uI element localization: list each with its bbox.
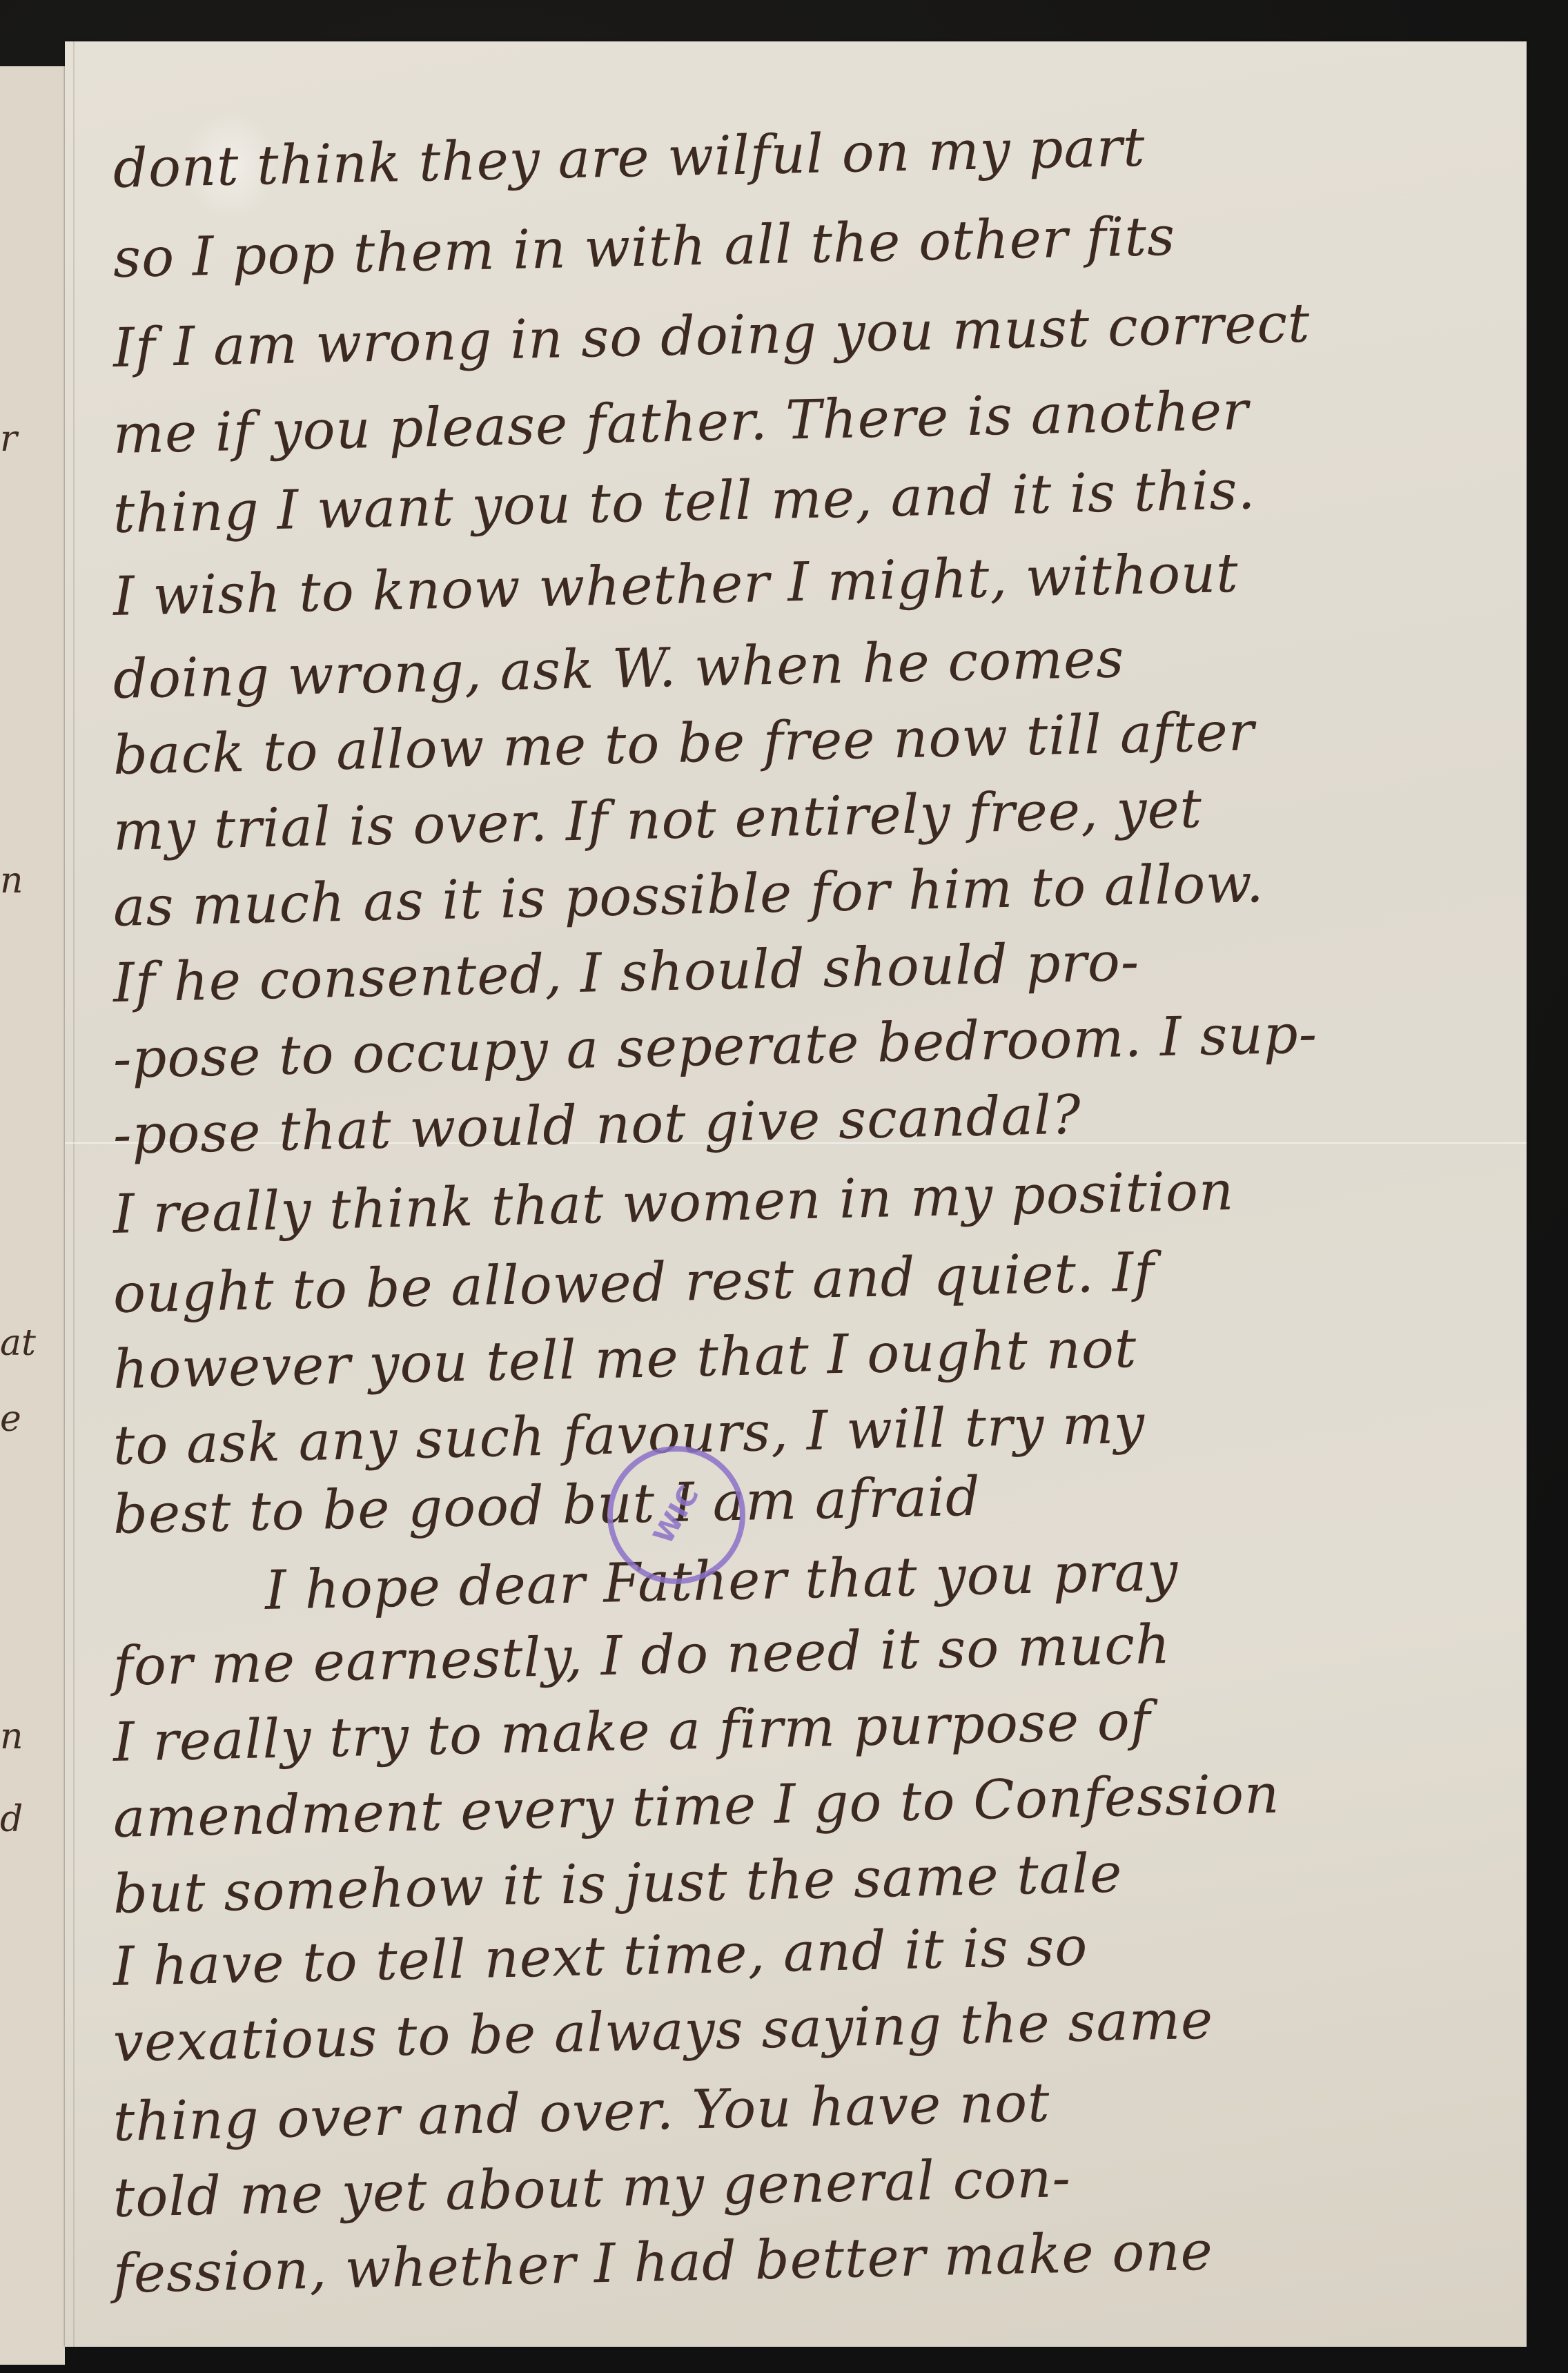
text-line: amendment every time I go to Confession	[112, 1764, 1280, 1850]
text-line: I wish to know whether I might, without	[112, 543, 1239, 628]
text-line: for me earnestly, I do need it so much	[112, 1614, 1171, 1698]
text-line: but somehow it is just the same tale	[112, 1842, 1123, 1926]
text-line: thing I want you to tell me, and it is t…	[112, 459, 1256, 545]
text-line: my trial is over. If not entirely free, …	[112, 778, 1203, 863]
text-line: thing over and over. You have not	[112, 2072, 1050, 2154]
text-line: best to be good but I am afraid	[112, 1466, 981, 1546]
fragment: at	[0, 1322, 36, 1364]
text-line: however you tell me that I ought not	[112, 1318, 1137, 1401]
fragment: d	[0, 1799, 23, 1840]
letter-page: dont think they are wilful on my part so…	[65, 41, 1527, 2347]
text-line: doing wrong, ask W. when he comes	[112, 627, 1125, 711]
library-stamp: WIC	[607, 1446, 745, 1584]
text-line: me if you please father. There is anothe…	[112, 380, 1249, 466]
fragment: r	[0, 418, 17, 460]
text-line: back to allow me to be free now till aft…	[112, 701, 1255, 787]
text-line: fession, whether I had better make one	[112, 2220, 1213, 2305]
stamp-text: WIC	[647, 1481, 705, 1550]
text-line: I have to tell next time, and it is so	[112, 1915, 1088, 1998]
text-line: dont think they are wilful on my part	[112, 117, 1146, 200]
fragment: n	[0, 860, 23, 901]
text-line: -pose that would not give scandal?	[112, 1084, 1082, 1166]
text-line: I really try to make a firm purpose of	[112, 1690, 1151, 1774]
fragment: n	[0, 1716, 23, 1757]
text-line: If I am wrong in so doing you must corre…	[112, 293, 1311, 380]
text-line: as much as it is possible for him to all…	[112, 852, 1264, 939]
adjacent-page-edge: r n at e n d	[0, 66, 65, 2365]
text-line: so I pop them in with all the other fits	[112, 206, 1176, 290]
text-line: -pose to occupy a seperate bedroom. I su…	[112, 1003, 1318, 1091]
text-line: I really think that women in my position	[112, 1160, 1235, 1246]
fold-crease	[73, 41, 75, 2347]
text-line: told me yet about my general con-	[112, 2147, 1072, 2229]
text-line: vexatious to be always saying the same	[112, 1989, 1214, 2074]
text-line: ought to be allowed rest and quiet. If	[112, 1241, 1155, 1325]
fragment: e	[0, 1398, 21, 1440]
text-line: If he consented, I should should pro-	[112, 931, 1140, 1015]
